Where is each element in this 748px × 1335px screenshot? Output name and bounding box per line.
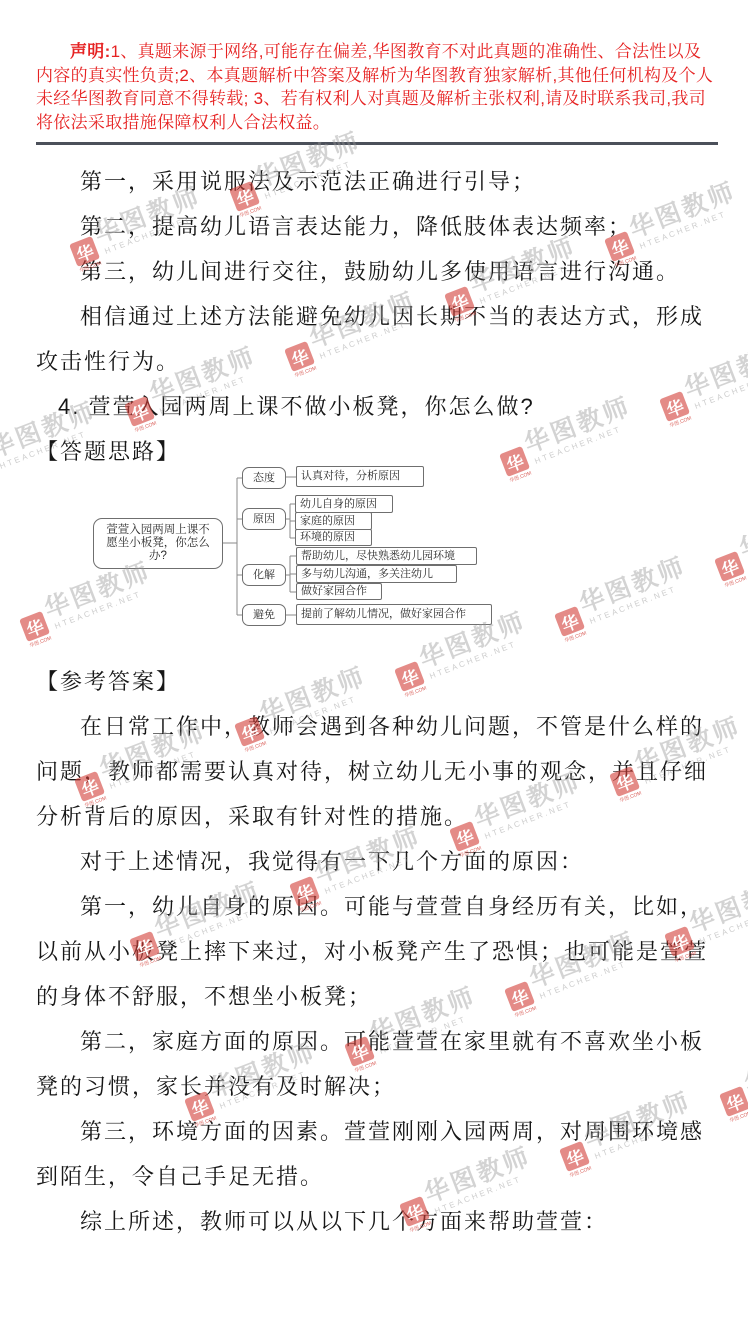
mindmap-leaf: 家庭的原因: [295, 512, 372, 530]
paragraph-method-1: 第一，采用说服法及示范法正确进行引导；: [36, 159, 712, 204]
document-body: 第一，采用说服法及示范法正确进行引导； 第二，提高幼儿语言表达能力，降低肢体表达…: [0, 145, 748, 1244]
answer-paragraph-causes-intro: 对于上述情况，我觉得有一下几个方面的原因：: [36, 839, 712, 884]
mindmap-branch-resolve: 化解: [242, 564, 286, 586]
disclaimer-label: 声明:: [70, 42, 111, 61]
paragraph-method-2: 第二，提高幼儿语言表达能力，降低肢体表达频率；: [36, 204, 712, 249]
answer-paragraph-cause-1: 第一，幼儿自身的原因。可能与萱萱自身经历有关，比如，以前从小板凳上摔下来过，对小…: [36, 884, 712, 1019]
mindmap-leaf: 幼儿自身的原因: [295, 495, 393, 513]
mindmap-leaf: 帮助幼儿，尽快熟悉幼儿园环境: [296, 547, 477, 565]
disclaimer-text: 1、真题来源于网络,可能存在偏差,华图教育不对此真题的准确性、合法性以及内容的真…: [36, 42, 713, 132]
answer-paragraph-summary: 综上所述，教师可以从以下几个方面来帮助萱萱：: [36, 1199, 712, 1244]
paragraph-conclusion: 相信通过上述方法能避免幼儿因长期不当的表达方式，形成攻击性行为。: [36, 294, 712, 384]
mindmap-leaf: 多与幼儿沟通，多关注幼儿: [296, 565, 457, 583]
mindmap-leaf: 环境的原因: [295, 529, 372, 546]
paragraph-method-3: 第三，幼儿间进行交往，鼓励幼儿多使用语言进行沟通。: [36, 249, 712, 294]
answer-paragraph-intro: 在日常工作中，教师会遇到各种幼儿问题，不管是什么样的问题，教师都需要认真对待，树…: [36, 704, 712, 839]
mindmap-branch-avoid: 避免: [242, 604, 286, 626]
mindmap-leaf: 提前了解幼儿情况，做好家园合作: [296, 604, 492, 625]
answer-section-label: 【参考答案】: [36, 659, 712, 704]
question-title: 4. 萱萱入园两周上课不做小板凳，你怎么做?: [36, 384, 712, 429]
mindmap-leaf: 做好家园合作: [296, 583, 382, 600]
mindmap-root-node: 萱萱入园两周上课不愿坐小板凳，你怎么办?: [93, 518, 223, 569]
mindmap-branch-cause: 原因: [242, 508, 286, 530]
answer-mindmap: 萱萱入园两周上课不愿坐小板凳，你怎么办? 态度 原因 化解 避免 认真对待，分析…: [36, 464, 712, 659]
answer-paragraph-cause-2: 第二，家庭方面的原因。可能萱萱在家里就有不喜欢坐小板凳的习惯，家长并没有及时解决…: [36, 1019, 712, 1109]
mindmap-leaf: 认真对待，分析原因: [296, 466, 424, 487]
mindmap-branch-attitude: 态度: [242, 467, 286, 489]
document-page: 声明:1、真题来源于网络,可能存在偏差,华图教育不对此真题的准确性、合法性以及内…: [0, 40, 748, 1244]
disclaimer-block: 声明:1、真题来源于网络,可能存在偏差,华图教育不对此真题的准确性、合法性以及内…: [36, 40, 718, 145]
answer-paragraph-cause-3: 第三，环境方面的因素。萱萱刚刚入园两周，对周围环境感到陌生，令自己手足无措。: [36, 1109, 712, 1199]
